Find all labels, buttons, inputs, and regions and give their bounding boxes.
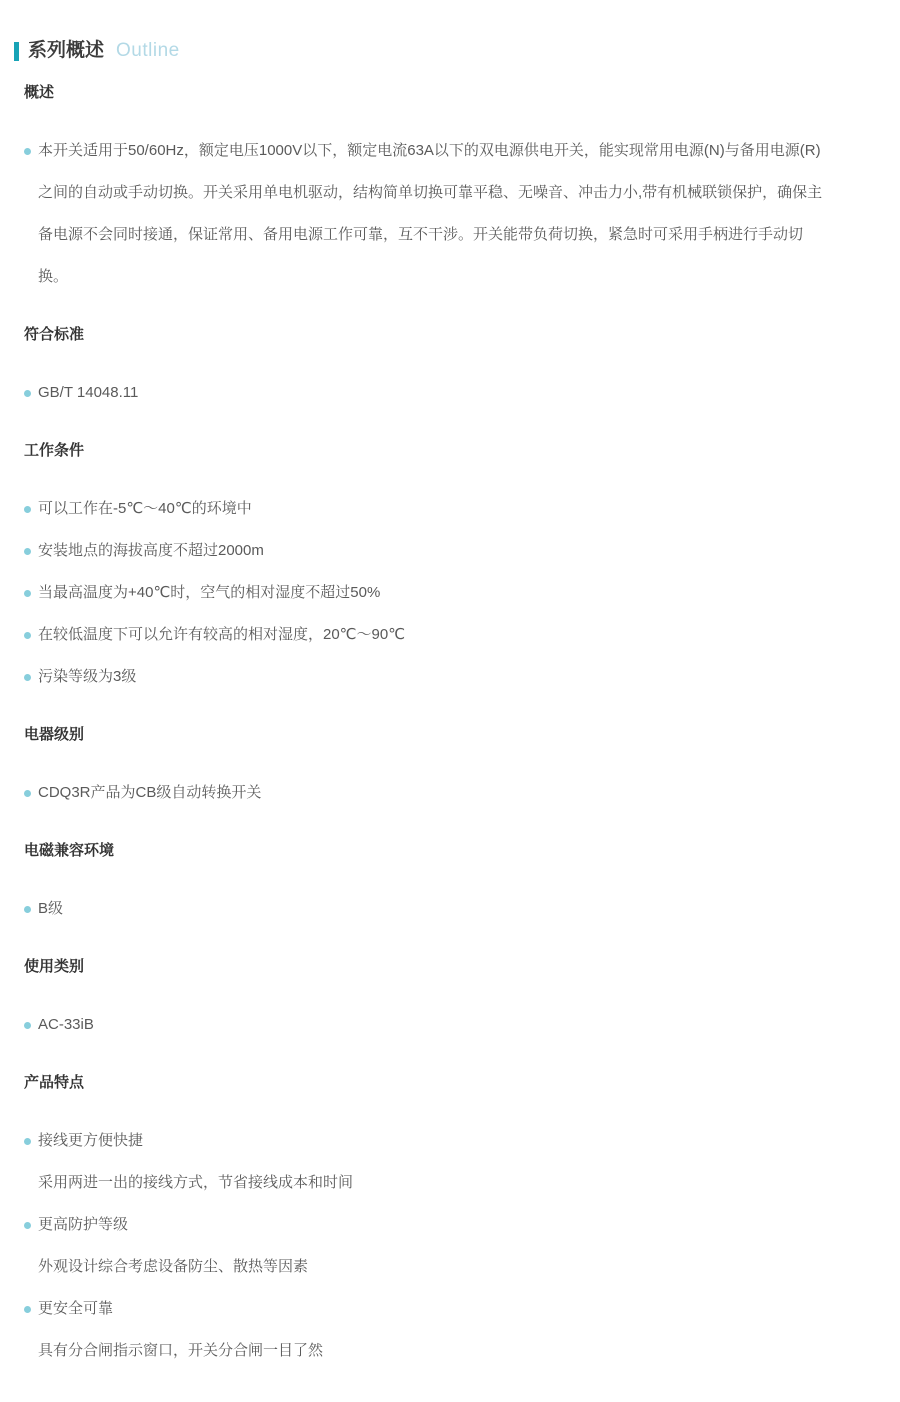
bullet-dot-icon bbox=[24, 790, 31, 797]
page-subtitle: Outline bbox=[116, 38, 180, 64]
bullet-dot-icon bbox=[24, 506, 31, 513]
bullet-subtext: 采用两进一出的接线方式，节省接线成本和时间 bbox=[38, 1162, 830, 1204]
bullet-list: GB/T 14048.11 bbox=[24, 372, 860, 414]
bullet-dot-icon bbox=[24, 632, 31, 639]
section-heading: 使用类别 bbox=[24, 957, 860, 977]
section: 电磁兼容环境 B级 bbox=[14, 841, 860, 930]
list-item: 在较低温度下可以允许有较高的相对湿度，20℃～90℃ bbox=[24, 614, 830, 656]
list-item: 更高防护等级 外观设计综合考虑设备防尘、散热等因素 bbox=[24, 1204, 830, 1288]
section-heading: 符合标准 bbox=[24, 325, 860, 345]
list-item: 污染等级为3级 bbox=[24, 656, 830, 698]
bullet-subtext: 具有分合闸指示窗口，开关分合闸一目了然 bbox=[38, 1330, 830, 1372]
list-item: 更安全可靠 具有分合闸指示窗口，开关分合闸一目了然 bbox=[24, 1288, 830, 1372]
bullet-text: 在较低温度下可以允许有较高的相对湿度，20℃～90℃ bbox=[38, 626, 405, 643]
bullet-dot-icon bbox=[24, 548, 31, 555]
section: 工作条件 可以工作在-5℃～40℃的环境中 安装地点的海拔高度不超过2000m … bbox=[14, 441, 860, 698]
section-heading: 电器级别 bbox=[24, 725, 860, 745]
bullet-text: 接线更方便快捷 bbox=[38, 1132, 143, 1149]
bullet-text: 本开关适用于50/60Hz，额定电压1000V以下，额定电流63A以下的双电源供… bbox=[38, 142, 822, 285]
bullet-list: CDQ3R产品为CB级自动转换开关 bbox=[24, 772, 860, 814]
list-item: 可以工作在-5℃～40℃的环境中 bbox=[24, 488, 830, 530]
bullet-subtext: 外观设计综合考虑设备防尘、散热等因素 bbox=[38, 1246, 830, 1288]
bullet-dot-icon bbox=[24, 1222, 31, 1229]
section-heading: 工作条件 bbox=[24, 441, 860, 461]
list-item: 安装地点的海拔高度不超过2000m bbox=[24, 530, 830, 572]
bullet-list: AC-33iB bbox=[24, 1004, 860, 1046]
bullet-list: B级 bbox=[24, 888, 860, 930]
bullet-text: AC-33iB bbox=[38, 1016, 94, 1033]
list-item: B级 bbox=[24, 888, 830, 930]
bullet-dot-icon bbox=[24, 906, 31, 913]
title-accent-bar bbox=[14, 42, 19, 61]
bullet-dot-icon bbox=[24, 1022, 31, 1029]
bullet-text: GB/T 14048.11 bbox=[38, 384, 138, 401]
page-header: 系列概述 Outline bbox=[14, 38, 860, 64]
bullet-dot-icon bbox=[24, 390, 31, 397]
bullet-list: 本开关适用于50/60Hz，额定电压1000V以下，额定电流63A以下的双电源供… bbox=[24, 130, 860, 298]
bullet-dot-icon bbox=[24, 590, 31, 597]
section-heading: 概述 bbox=[24, 83, 860, 103]
bullet-list: 可以工作在-5℃～40℃的环境中 安装地点的海拔高度不超过2000m 当最高温度… bbox=[24, 488, 860, 698]
bullet-text: 更安全可靠 bbox=[38, 1300, 113, 1317]
bullet-text: 污染等级为3级 bbox=[38, 668, 136, 685]
page-title: 系列概述 bbox=[28, 38, 104, 64]
bullet-dot-icon bbox=[24, 1306, 31, 1313]
bullet-text: 当最高温度为+40℃时，空气的相对湿度不超过50% bbox=[38, 584, 380, 601]
page: 系列概述 Outline 概述 本开关适用于50/60Hz，额定电压1000V以… bbox=[0, 0, 900, 1402]
list-item: AC-33iB bbox=[24, 1004, 830, 1046]
sections-container: 概述 本开关适用于50/60Hz，额定电压1000V以下，额定电流63A以下的双… bbox=[14, 83, 860, 1372]
section-heading: 产品特点 bbox=[24, 1073, 860, 1093]
bullet-text: CDQ3R产品为CB级自动转换开关 bbox=[38, 784, 261, 801]
bullet-dot-icon bbox=[24, 1138, 31, 1145]
bullet-text: 更高防护等级 bbox=[38, 1216, 128, 1233]
bullet-text: 可以工作在-5℃～40℃的环境中 bbox=[38, 500, 252, 517]
bullet-dot-icon bbox=[24, 148, 31, 155]
list-item: 本开关适用于50/60Hz，额定电压1000V以下，额定电流63A以下的双电源供… bbox=[24, 130, 830, 298]
list-item: 接线更方便快捷 采用两进一出的接线方式，节省接线成本和时间 bbox=[24, 1120, 830, 1204]
bullet-list: 接线更方便快捷 采用两进一出的接线方式，节省接线成本和时间 更高防护等级 外观设… bbox=[24, 1120, 860, 1372]
section: 产品特点 接线更方便快捷 采用两进一出的接线方式，节省接线成本和时间 更高防护等… bbox=[14, 1073, 860, 1372]
section: 使用类别 AC-33iB bbox=[14, 957, 860, 1046]
list-item: GB/T 14048.11 bbox=[24, 372, 830, 414]
section: 电器级别 CDQ3R产品为CB级自动转换开关 bbox=[14, 725, 860, 814]
list-item: CDQ3R产品为CB级自动转换开关 bbox=[24, 772, 830, 814]
list-item: 当最高温度为+40℃时，空气的相对湿度不超过50% bbox=[24, 572, 830, 614]
bullet-text: 安装地点的海拔高度不超过2000m bbox=[38, 542, 264, 559]
section-heading: 电磁兼容环境 bbox=[24, 841, 860, 861]
section: 符合标准 GB/T 14048.11 bbox=[14, 325, 860, 414]
bullet-dot-icon bbox=[24, 674, 31, 681]
bullet-text: B级 bbox=[38, 900, 63, 917]
section: 概述 本开关适用于50/60Hz，额定电压1000V以下，额定电流63A以下的双… bbox=[14, 83, 860, 298]
